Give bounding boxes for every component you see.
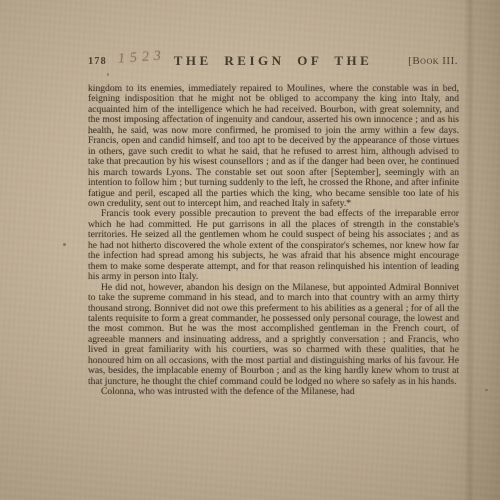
paragraph-clipped: Colonna, who was intrusted with the defe… (88, 387, 459, 397)
book-number-label: [Book III. (408, 55, 458, 67)
ink-speck (107, 73, 109, 76)
ink-speck (63, 243, 66, 246)
paragraph: Francis took every possible precaution t… (88, 209, 459, 282)
page-body-text: kingdom to its enemies, immediately repa… (88, 84, 459, 398)
running-title: THE REIGN OF THE (88, 53, 458, 69)
paragraph-continued: kingdom to its enemies, immediately repa… (88, 84, 459, 209)
paragraph: He did not, however, abandon his design … (88, 283, 459, 388)
book-page-scan: 178 1523 THE REIGN OF THE [Book III. kin… (0, 0, 500, 500)
ink-speck (485, 389, 488, 391)
page-header: 178 1523 THE REIGN OF THE [Book III. (88, 53, 458, 69)
